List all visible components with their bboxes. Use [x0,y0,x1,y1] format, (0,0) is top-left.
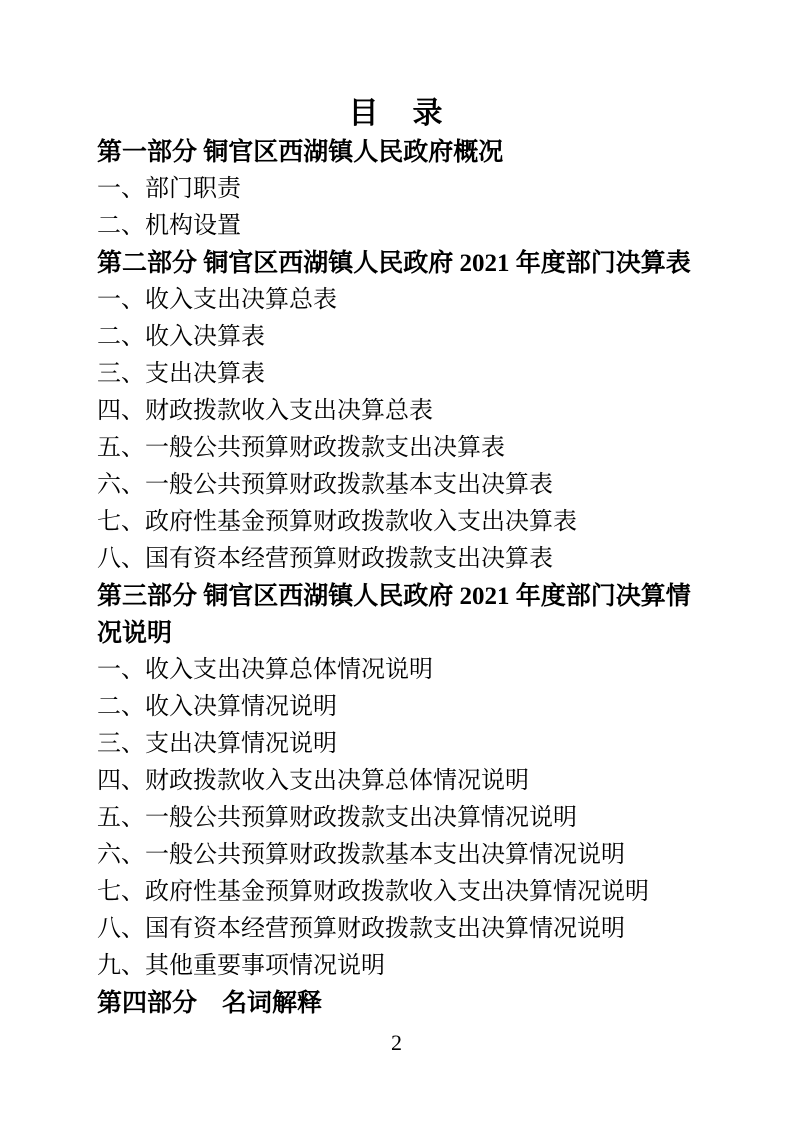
toc-entry: 一、收入支出决算总体情况说明 [97,652,715,689]
page-number: 2 [0,1028,793,1058]
toc-entry: 四、财政拨款收入支出决算总表 [97,393,715,430]
toc-section-heading: 第四部分 名词解释 [97,985,715,1022]
toc-entry: 二、收入决算表 [97,319,715,356]
toc-entry: 七、政府性基金预算财政拨款收入支出决算情况说明 [97,874,715,911]
toc-entry: 八、国有资本经营预算财政拨款支出决算情况说明 [97,911,715,948]
toc-entry: 三、支出决算表 [97,356,715,393]
table-of-contents: 第一部分 铜官区西湖镇人民政府概况 一、部门职责 二、机构设置 第二部分 铜官区… [0,134,793,1022]
page-title: 目 录 [0,0,793,134]
toc-entry: 六、一般公共预算财政拨款基本支出决算表 [97,467,715,504]
toc-section-heading: 第一部分 铜官区西湖镇人民政府概况 [97,134,715,171]
toc-entry: 七、政府性基金预算财政拨款收入支出决算表 [97,504,715,541]
toc-entry: 二、机构设置 [97,208,715,245]
toc-entry: 一、收入支出决算总表 [97,282,715,319]
toc-entry: 三、支出决算情况说明 [97,726,715,763]
toc-section-heading: 第二部分 铜官区西湖镇人民政府 2021 年度部门决算表 [97,245,715,282]
toc-entry: 五、一般公共预算财政拨款支出决算情况说明 [97,800,715,837]
toc-entry: 九、其他重要事项情况说明 [97,948,715,985]
toc-entry: 八、国有资本经营预算财政拨款支出决算表 [97,541,715,578]
toc-entry: 一、部门职责 [97,171,715,208]
toc-entry: 二、收入决算情况说明 [97,689,715,726]
document-page: 目 录 第一部分 铜官区西湖镇人民政府概况 一、部门职责 二、机构设置 第二部分… [0,0,793,1122]
toc-entry: 四、财政拨款收入支出决算总体情况说明 [97,763,715,800]
toc-entry: 五、一般公共预算财政拨款支出决算表 [97,430,715,467]
toc-section-heading: 第三部分 铜官区西湖镇人民政府 2021 年度部门决算情况说明 [97,578,715,652]
toc-entry: 六、一般公共预算财政拨款基本支出决算情况说明 [97,837,715,874]
